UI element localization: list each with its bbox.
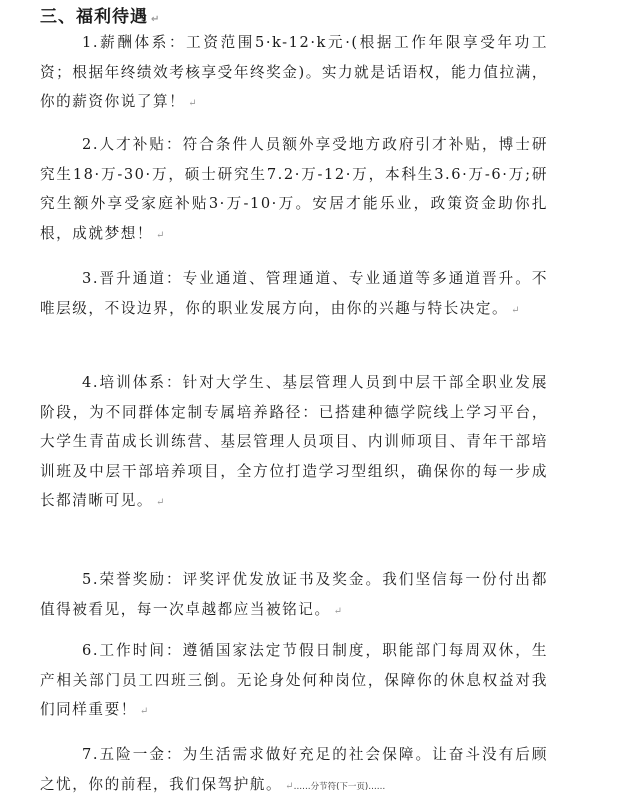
paragraph-mark-icon: ↵ [285,781,293,792]
document-page: 三、福利待遇↵ 1.薪酬体系：工资范围5·k-12·k元·(根据工作年限享受年功… [0,0,618,802]
benefit-paragraph-salary: 1.薪酬体系：工资范围5·k-12·k元·(根据工作年限享受年功工资；根据年终绩… [40,28,548,119]
paragraph-mark-icon: ↵ [156,230,164,241]
paragraph-mark-icon: ↵ [151,14,159,25]
section-break-marker: ……分节符(下一页)…… [294,782,386,792]
benefit-paragraph-talent-subsidy: 2.人才补贴：符合条件人员额外享受地方政府引才补贴，博士研究生18·万-30·万… [40,130,548,250]
benefit-paragraph-insurance: 7.五险一金：为生活需求做好充足的社会保障。让奋斗没有后顾之忧，你的前程，我们保… [40,740,548,802]
benefit-paragraph-honors: 5.荣誉奖励：评奖评优发放证书及奖金。我们坚信每一份付出都值得被看见，每一次卓越… [40,565,548,626]
paragraph-mark-icon: ↵ [511,305,519,316]
paragraph-mark-icon: ↵ [140,706,148,717]
paragraph-mark-icon: ↵ [334,606,342,617]
section-heading: 三、福利待遇↵ [40,2,159,27]
paragraph-mark-icon: ↵ [188,98,196,109]
benefit-paragraph-promotion: 3.晋升通道：专业通道、管理通道、专业通道等多通道晋升。不唯层级，不设边界，你的… [40,264,548,325]
benefit-paragraph-working-hours: 6.工作时间：遵循国家法定节假日制度，职能部门每周双休，生产相关部门员工四班三倒… [40,636,548,727]
paragraph-mark-icon: ↵ [156,497,164,508]
benefit-paragraph-training: 4.培训体系：针对大学生、基层管理人员到中层干部全职业发展阶段，为不同群体定制专… [40,368,548,518]
